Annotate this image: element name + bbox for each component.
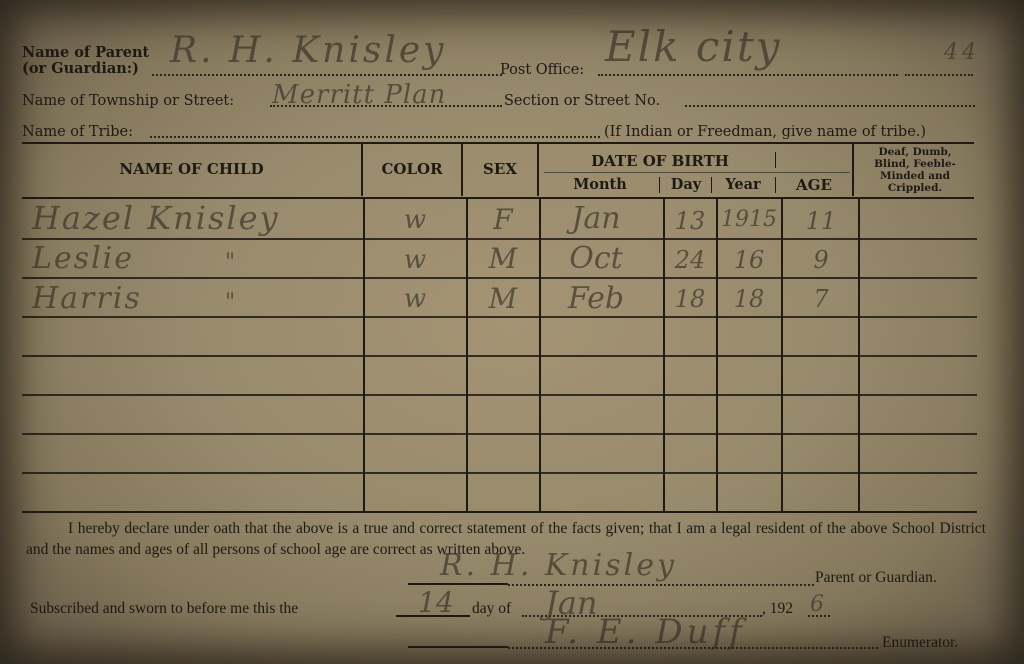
enumerator-signature: F. E. Duff xyxy=(545,612,746,652)
child-birth-month: Feb xyxy=(541,281,651,316)
header-condition-line3: Minded and xyxy=(855,170,975,182)
ditto-mark: " xyxy=(225,250,235,275)
header-divider xyxy=(537,144,539,196)
child-birth-year: 1915 xyxy=(716,207,782,232)
header-sex: SEX xyxy=(463,160,537,178)
parent-name-value: R. H. Knisley xyxy=(170,30,447,71)
child-color: w xyxy=(365,284,465,314)
child-color: w xyxy=(365,245,465,275)
table-row xyxy=(22,474,977,511)
header-day: Day xyxy=(661,176,711,193)
header-name-of-child: NAME OF CHILD xyxy=(22,160,361,178)
header-condition-line1: Deaf, Dumb, xyxy=(855,146,975,158)
child-color: w xyxy=(365,205,465,235)
parent-field-line xyxy=(152,74,502,76)
child-name: Harris xyxy=(32,281,142,316)
township-label: Name of Township or Street: xyxy=(22,93,234,109)
table-top-rule xyxy=(22,142,974,144)
census-card: Name of Parent (or Guardian:) R. H. Knis… xyxy=(0,0,1024,664)
child-birth-year: 18 xyxy=(716,285,782,313)
header-divider xyxy=(659,177,660,193)
row-rule xyxy=(22,277,977,279)
ditto-mark: " xyxy=(225,290,235,315)
parent-label-line2: (or Guardian:) xyxy=(22,61,139,77)
tribe-note: (If Indian or Freedman, give name of tri… xyxy=(604,124,926,140)
signature-line-solid xyxy=(408,583,508,585)
table-row xyxy=(22,318,977,355)
child-sex: M xyxy=(468,242,538,275)
section-label: Section or Street No. xyxy=(504,93,660,109)
header-month: Month xyxy=(545,176,655,193)
parent-signature-label: Parent or Guardian. xyxy=(815,569,937,587)
enumerator-line-solid xyxy=(408,646,508,648)
header-condition-line2: Blind, Feeble- xyxy=(855,158,975,170)
parent-label-line1: Name of Parent xyxy=(22,45,149,61)
sworn-prefix: Subscribed and sworn to before me this t… xyxy=(30,600,298,618)
year-line xyxy=(808,615,830,617)
child-sex: F xyxy=(468,203,538,236)
table-bottom-rule xyxy=(22,511,977,513)
day-of-label: day of xyxy=(472,600,511,618)
section-field-line xyxy=(685,105,975,107)
tribe-label: Name of Tribe: xyxy=(22,124,133,140)
child-name: Hazel Knisley xyxy=(32,199,280,237)
header-age: AGE xyxy=(776,176,852,194)
enumerator-label: Enumerator. xyxy=(882,634,958,652)
child-birth-day: 18 xyxy=(665,285,715,313)
parent-signature: R. H. Knisley xyxy=(440,548,677,583)
child-birth-year: 16 xyxy=(716,246,782,274)
table-row xyxy=(22,435,977,472)
tribe-field-line xyxy=(150,136,600,138)
dob-underline xyxy=(544,172,850,173)
child-age: 9 xyxy=(783,246,859,274)
sworn-day: 14 xyxy=(418,586,454,619)
header-condition-line4: Crippled. xyxy=(855,182,975,194)
header-divider xyxy=(775,152,776,168)
header-condition: Deaf, Dumb, Blind, Feeble- Minded and Cr… xyxy=(855,146,975,194)
table-row xyxy=(22,396,977,433)
district-field-line xyxy=(905,74,973,76)
child-age: 11 xyxy=(783,207,859,235)
header-divider xyxy=(852,144,854,196)
child-birth-month: Oct xyxy=(541,241,651,276)
child-birth-day: 24 xyxy=(665,246,715,274)
child-birth-month: Jan xyxy=(541,201,651,236)
child-sex: M xyxy=(468,282,538,315)
child-birth-day: 13 xyxy=(665,207,715,235)
post-office-value: Elk city xyxy=(605,22,781,71)
row-rule xyxy=(22,238,977,240)
township-value: Merritt Plan xyxy=(272,80,446,110)
table-row xyxy=(22,357,977,394)
sworn-year-suffix: 6 xyxy=(810,592,824,617)
child-name: Leslie xyxy=(32,241,134,276)
post-office-field-line xyxy=(598,74,898,76)
header-date-of-birth: DATE OF BIRTH xyxy=(545,152,775,170)
district-number: 44 xyxy=(944,40,980,65)
child-age: 7 xyxy=(783,285,859,313)
post-office-label: Post Office: xyxy=(500,62,584,78)
header-color: COLOR xyxy=(363,160,461,178)
year-prefix: , 192 xyxy=(762,600,793,618)
header-year: Year xyxy=(712,176,774,193)
